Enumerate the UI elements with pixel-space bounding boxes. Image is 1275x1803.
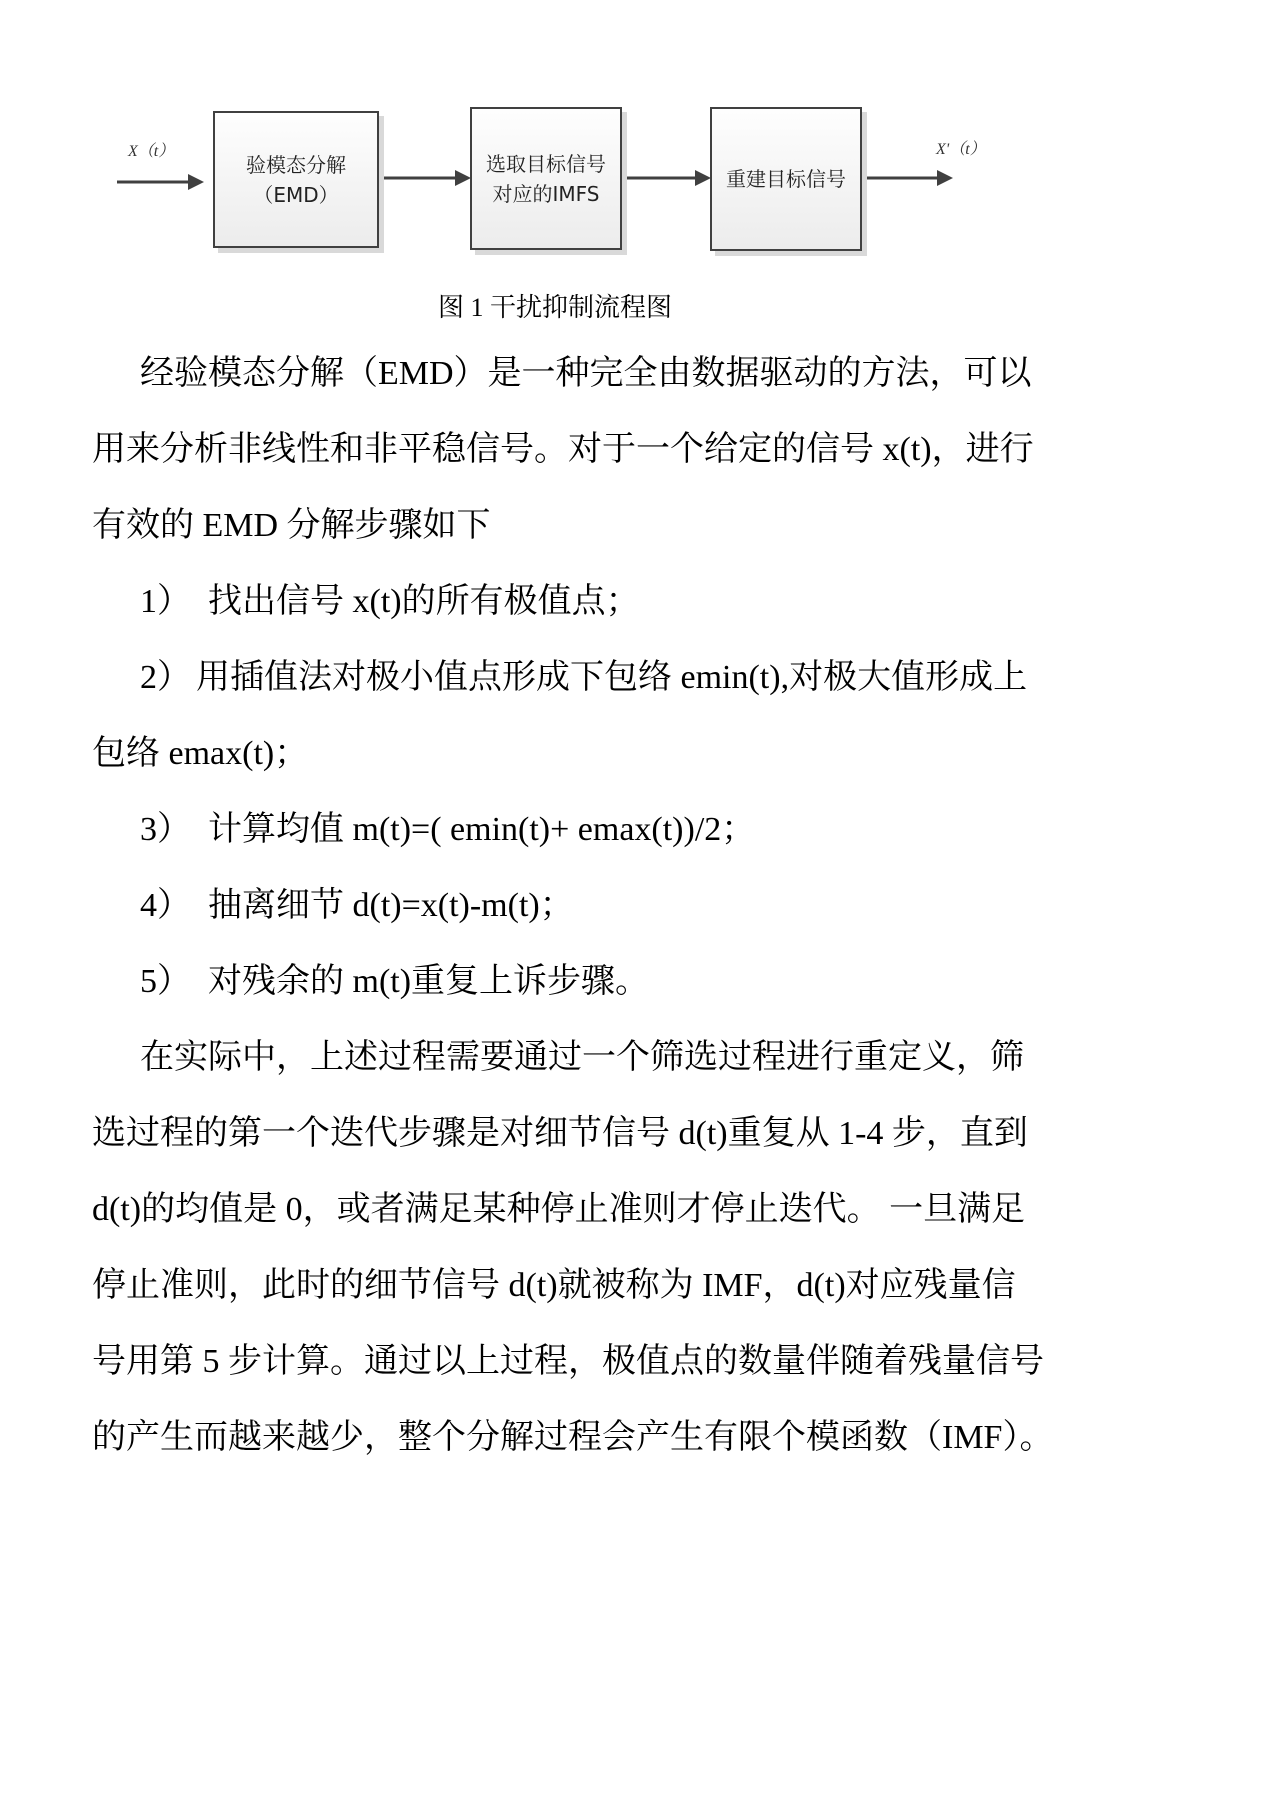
paragraph-line: d(t)的均值是 0，或者满足某种停止准则才停止迭代。 一旦满足 xyxy=(92,1172,1192,1248)
paragraph-line: 选过程的第一个迭代步骤是对细节信号 d(t)重复从 1-4 步，直到 xyxy=(92,1096,1192,1172)
figure-caption: 图 1 干扰抑制流程图 xyxy=(0,287,1110,324)
step-text: 计算均值 m(t)=( emin(t)+ emax(t))/2； xyxy=(208,811,755,848)
step-number: 3） xyxy=(140,792,208,868)
flow-box-reconstruct: 重建目标信号 xyxy=(710,107,862,251)
step-text: 找出信号 x(t)的所有极值点； xyxy=(208,583,640,620)
step-item: 4）抽离细节 d(t)=x(t)-m(t)； xyxy=(92,868,1192,944)
flowchart-arrows xyxy=(0,0,1275,290)
flowchart-figure: X（t） X'（t） 验模态分解 （EMD） 选取目标信号 对应的IMFS 重建… xyxy=(0,0,1275,290)
paragraph-line: 的产生而越来越少，整个分解过程会产生有限个模函数（IMF）。 xyxy=(92,1400,1192,1476)
step-item: 5）对残余的 m(t)重复上诉步骤。 xyxy=(92,944,1192,1020)
paragraph-line: 用来分析非线性和非平稳信号。对于一个给定的信号 x(t)，进行 xyxy=(92,412,1192,488)
document-body: 经验模态分解（EMD）是一种完全由数据驱动的方法，可以 用来分析非线性和非平稳信… xyxy=(92,336,1192,1476)
flow-box-emd: 验模态分解 （EMD） xyxy=(213,111,379,248)
step-text: 用插值法对极小值点形成下包络 emin(t),对极大值形成上 xyxy=(196,659,1027,696)
arrow-input xyxy=(188,174,204,190)
paragraph-line: 号用第 5 步计算。通过以上过程，极值点的数量伴随着残量信号 xyxy=(92,1324,1192,1400)
arrow-2-3 xyxy=(695,170,711,186)
step-item: 2）用插值法对极小值点形成下包络 emin(t),对极大值形成上 xyxy=(92,640,1192,716)
box-line: 对应的IMFS xyxy=(492,179,599,209)
step-text: 抽离细节 d(t)=x(t)-m(t)； xyxy=(208,887,574,924)
paragraph-line: 停止准则，此时的细节信号 d(t)就被称为 IMF，d(t)对应残量信 xyxy=(92,1248,1192,1324)
box-line: 选取目标信号 xyxy=(486,149,606,179)
flow-box-select-imfs: 选取目标信号 对应的IMFS xyxy=(470,107,622,250)
paragraph-line: 有效的 EMD 分解步骤如下 xyxy=(92,488,1192,564)
input-signal-label: X（t） xyxy=(128,138,174,161)
step-text: 对残余的 m(t)重复上诉步骤。 xyxy=(208,963,649,1000)
step-number: 1） xyxy=(140,564,208,640)
box-line: （EMD） xyxy=(253,180,338,210)
arrow-output xyxy=(937,170,953,186)
step-number: 5） xyxy=(140,944,208,1020)
step-number: 2） xyxy=(140,640,196,716)
output-signal-label: X'（t） xyxy=(936,136,986,159)
step-item: 3）计算均值 m(t)=( emin(t)+ emax(t))/2； xyxy=(92,792,1192,868)
box-line: 重建目标信号 xyxy=(726,164,846,194)
step-number: 4） xyxy=(140,868,208,944)
paragraph-line: 经验模态分解（EMD）是一种完全由数据驱动的方法，可以 xyxy=(92,336,1192,412)
box-line: 验模态分解 xyxy=(246,150,346,180)
paragraph-line: 在实际中，上述过程需要通过一个筛选过程进行重定义，筛 xyxy=(92,1020,1192,1096)
step-item: 1）找出信号 x(t)的所有极值点； xyxy=(92,564,1192,640)
step-continuation: 包络 emax(t)； xyxy=(92,716,1192,792)
arrow-1-2 xyxy=(455,170,471,186)
